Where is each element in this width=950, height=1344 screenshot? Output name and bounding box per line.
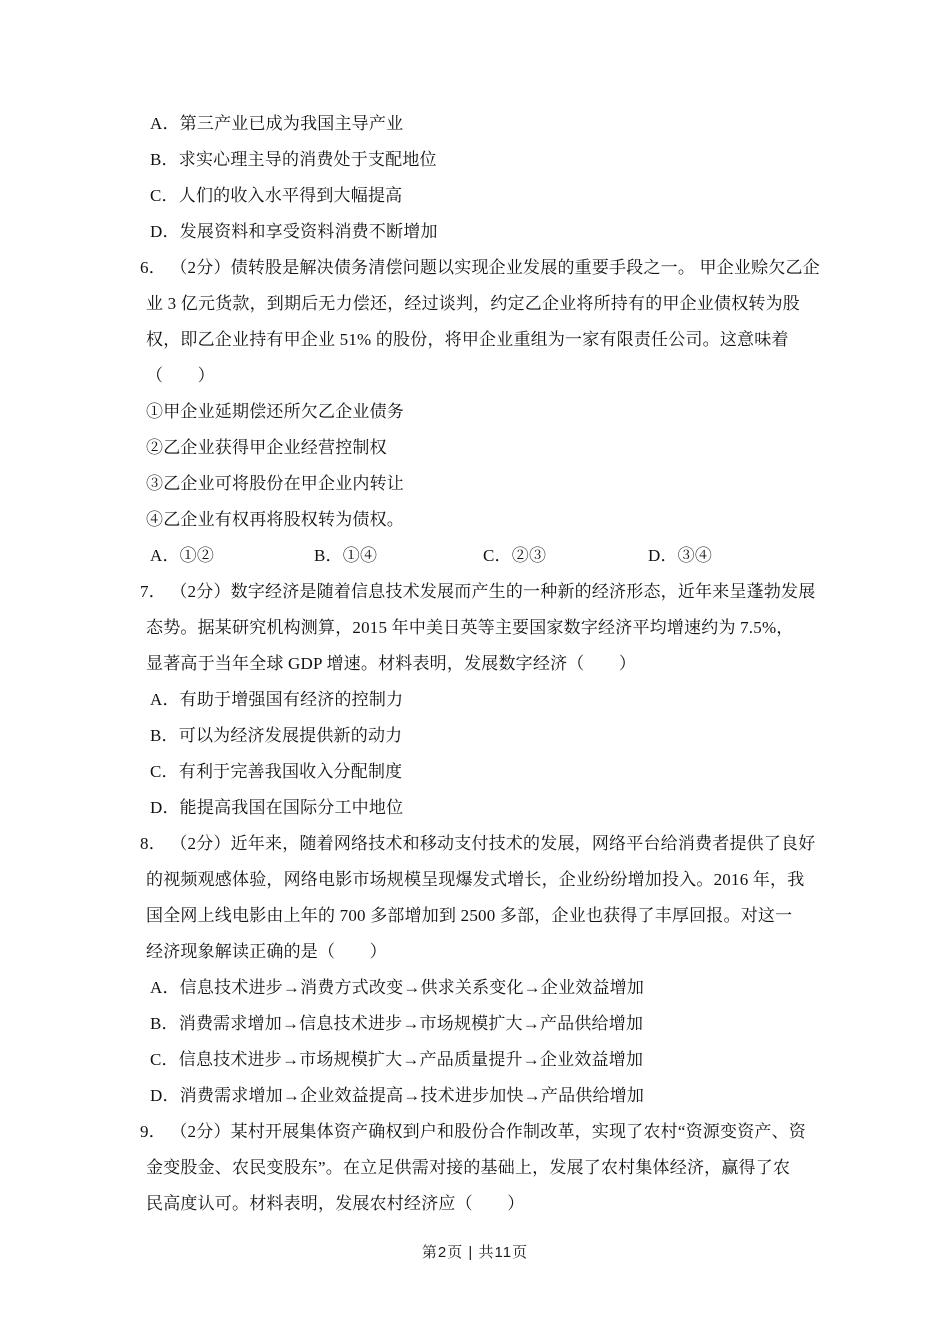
question-7-line: 态势。据某研究机构测算，2015 年中美日英等主要国家数字经济平均增速约为 7.… [146, 610, 950, 646]
question-6-choice-b: B．①④ [314, 538, 377, 574]
question-6-choice-c: C．②③ [483, 538, 546, 574]
exam-paper-page: A．第三产业已成为我国主导产业 B．求实心理主导的消费处于支配地位 C．人们的收… [0, 0, 950, 1344]
question-8-line: 国全网上线电影由上年的 700 多部增加到 2500 多部，企业也获得了丰厚回报… [146, 898, 950, 934]
question-8-line: 的视频观感体验，网络电影市场规模呈现爆发式增长，企业纷纷增加投入。2016 年，… [146, 862, 950, 898]
question-6-subitem-1: ①甲企业延期偿还所欠乙企业债务 [146, 394, 950, 430]
question-7-option-c: C．有利于完善我国收入分配制度 [150, 754, 950, 790]
question-6-choice-d: D．③④ [648, 538, 712, 574]
question-7-line: 显著高于当年全球 GDP 增速。材料表明，发展数字经济（ ） [146, 646, 950, 682]
question-6-line: （ ） [146, 358, 950, 394]
question-8-option-a: A．信息技术进步→消费方式改变→供求关系变化→企业效益增加 [150, 970, 950, 1006]
question-7-option-a: A．有助于增强国有经济的控制力 [150, 682, 950, 718]
question-6-choice-a: A．①② [150, 538, 214, 574]
question-9-line: 金变股金、农民变股东”。在立足供需对接的基础上，发展了农村集体经济，赢得了农 [146, 1150, 950, 1186]
question-5-option-c: C．人们的收入水平得到大幅提高 [150, 178, 950, 214]
question-8-option-b: B．消费需求增加→信息技术进步→市场规模扩大→产品供给增加 [150, 1006, 950, 1042]
question-8-line: 经济现象解读正确的是（ ） [146, 934, 950, 970]
page-footer: 第2页 | 共11页 [0, 1241, 950, 1262]
question-7-line: 7． （2分）数字经济是随着信息技术发展而产生的一种新的经济形态，近年来呈蓬勃发… [140, 574, 950, 610]
question-5-option-b: B．求实心理主导的消费处于支配地位 [150, 142, 950, 178]
question-8-line: 8． （2分）近年来，随着网络技术和移动支付技术的发展，网络平台给消费者提供了良… [140, 826, 950, 862]
question-6-subitem-3: ③乙企业可将股份在甲企业内转让 [146, 466, 950, 502]
question-7-option-d: D．能提高我国在国际分工中地位 [150, 790, 950, 826]
question-5-option-d: D．发展资料和享受资料消费不断增加 [150, 214, 950, 250]
question-6-line: 权，即乙企业持有甲企业 51% 的股份，将甲企业重组为一家有限责任公司。这意味着 [146, 322, 950, 358]
question-6-choice-row: A．①② B．①④ C．②③ D．③④ [0, 538, 950, 574]
question-6-line: 6． （2分）债转股是解决债务清偿问题以实现企业发展的重要手段之一。 甲企业赊欠… [140, 250, 950, 286]
page-content: A．第三产业已成为我国主导产业 B．求实心理主导的消费处于支配地位 C．人们的收… [0, 106, 950, 1222]
question-6-subitem-2: ②乙企业获得甲企业经营控制权 [146, 430, 950, 466]
question-9-line: 9． （2分）某村开展集体资产确权到户和股份合作制改革，实现了农村“资源变资产、… [140, 1114, 950, 1150]
question-9-line: 民高度认可。材料表明，发展农村经济应（ ） [146, 1186, 950, 1222]
question-8-option-c: C．信息技术进步→市场规模扩大→产品质量提升→企业效益增加 [150, 1042, 950, 1078]
question-5-option-a: A．第三产业已成为我国主导产业 [150, 106, 950, 142]
question-8-option-d: D．消费需求增加→企业效益提高→技术进步加快→产品供给增加 [150, 1078, 950, 1114]
question-6-line: 业 3 亿元货款，到期后无力偿还，经过谈判，约定乙企业将所持有的甲企业债权转为股 [146, 286, 950, 322]
question-6-subitem-4: ④乙企业有权再将股权转为债权。 [146, 502, 950, 538]
question-7-option-b: B．可以为经济发展提供新的动力 [150, 718, 950, 754]
